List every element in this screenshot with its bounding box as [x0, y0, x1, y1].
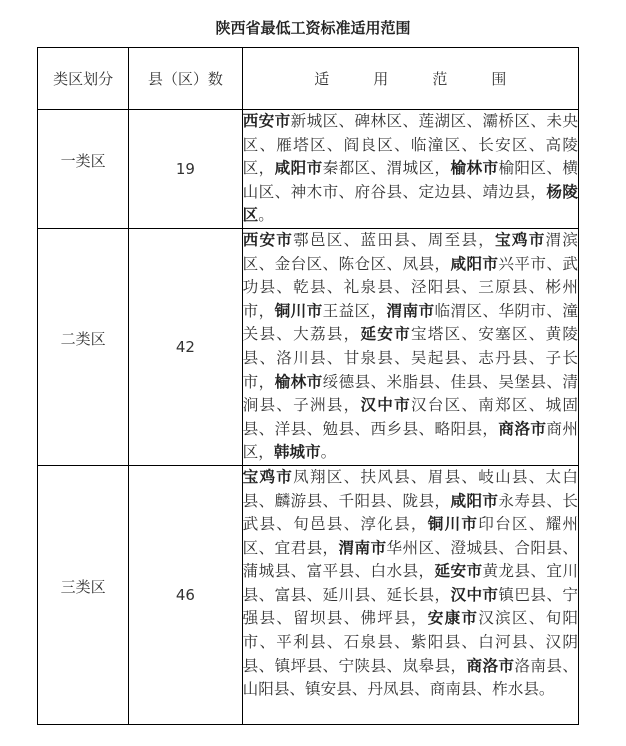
- city-name: 西安市: [243, 112, 291, 130]
- header-scope-char: 适: [314, 68, 329, 89]
- city-name: 宝鸡市: [495, 231, 545, 249]
- area-list: 秦都区、渭城区，: [323, 159, 451, 177]
- category-label: 三类区: [61, 578, 106, 596]
- header-category: 类区划分: [38, 48, 129, 110]
- city-name: 咸阳市: [450, 492, 498, 510]
- category-cell: 三类区: [38, 465, 129, 724]
- header-scope-char: 围: [491, 68, 506, 89]
- city-name: 榆林市: [450, 159, 498, 177]
- scope-cell: 西安市新城区、碑林区、莲湖区、灞桥区、未央区、雁塔区、阎良区、临潼区、长安区、高…: [242, 110, 578, 229]
- city-name: 宝鸡市: [243, 468, 294, 486]
- city-name: 汉中市: [360, 396, 411, 414]
- city-name: 商洛市: [498, 420, 546, 438]
- city-name: 延安市: [434, 562, 482, 580]
- city-name: 汉中市: [450, 586, 498, 604]
- city-name: 咸阳市: [275, 159, 323, 177]
- city-name: 咸阳市: [450, 255, 498, 273]
- header-row: 类区划分 县（区）数 适用范围: [38, 48, 579, 110]
- category-cell: 一类区: [38, 110, 129, 229]
- header-count: 县（区）数: [129, 48, 242, 110]
- scope-cell: 西安市鄠邑区、蓝田县、周至县，宝鸡市渭滨区、金台区、陈仓区、凤县，咸阳市兴平市、…: [242, 228, 578, 465]
- city-name: 渭南市: [339, 539, 387, 557]
- city-name: 铜川市: [275, 302, 323, 320]
- city-name: 铜川市: [428, 515, 479, 533]
- header-scope: 适用范围: [242, 48, 578, 110]
- city-name: 西安市: [243, 231, 293, 249]
- table-row: 二类区 42 西安市鄠邑区、蓝田县、周至县，宝鸡市渭滨区、金台区、陈仓区、凤县，…: [38, 228, 579, 465]
- city-name: 延安市: [360, 325, 411, 343]
- area-list: 。: [321, 443, 337, 461]
- count-cell: 42: [129, 228, 242, 465]
- table-row: 一类区 19 西安市新城区、碑林区、莲湖区、灞桥区、未央区、雁塔区、阎良区、临潼…: [38, 110, 579, 229]
- category-cell: 二类区: [38, 228, 129, 465]
- count-cell: 19: [129, 110, 242, 229]
- area-list: 。: [258, 206, 274, 224]
- header-scope-char: 用: [373, 68, 388, 89]
- area-list: 王益区，: [323, 302, 387, 320]
- area-list: 鄠邑区、蓝田县、周至县，: [293, 231, 495, 249]
- city-name: 安康市: [428, 609, 479, 627]
- table-title: 陕西省最低工资标准适用范围: [0, 17, 626, 38]
- header-scope-char: 范: [432, 68, 447, 89]
- city-name: 韩城市: [274, 443, 321, 461]
- count-cell: 46: [129, 465, 242, 724]
- minimum-wage-table: 类区划分 县（区）数 适用范围 一类区 19 西安市新城区、碑林区、莲湖区、灞桥…: [37, 47, 579, 725]
- city-name: 商洛市: [466, 657, 514, 675]
- city-name: 渭南市: [387, 302, 435, 320]
- scope-cell: 宝鸡市凤翔区、扶风县、眉县、岐山县、太白县、麟游县、千阳县、陇县，咸阳市永寿县、…: [242, 465, 578, 724]
- category-label: 二类区: [61, 330, 106, 348]
- city-name: 榆林市: [275, 373, 323, 391]
- category-label: 一类区: [61, 152, 106, 170]
- table-row: 三类区 46 宝鸡市凤翔区、扶风县、眉县、岐山县、太白县、麟游县、千阳县、陇县，…: [38, 465, 579, 724]
